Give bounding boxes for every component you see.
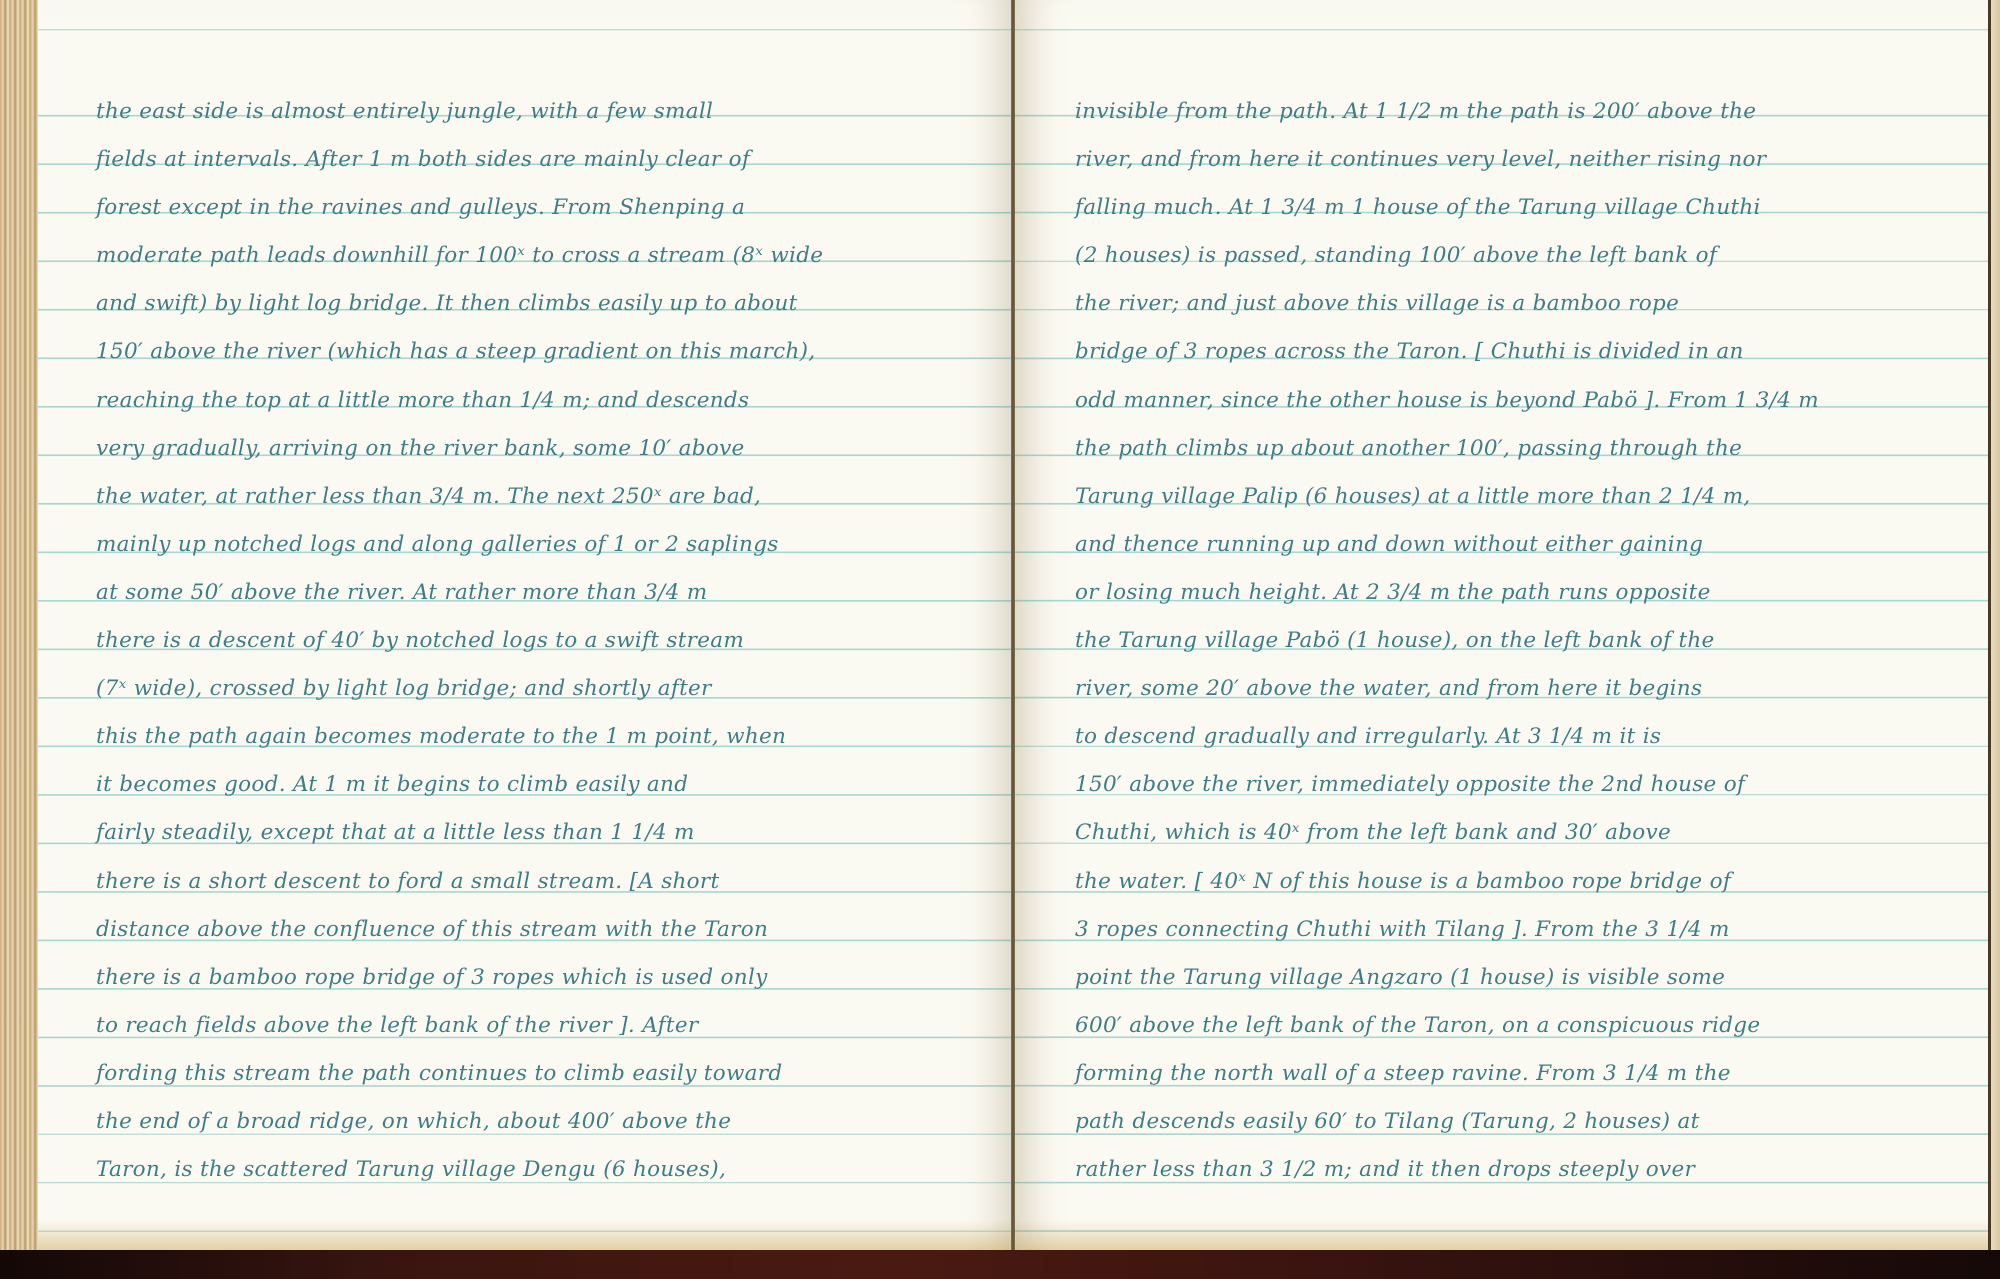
text-line: and thence running up and down without e… <box>1015 521 1988 569</box>
text-line: river, and from here it continues very l… <box>1015 136 1988 184</box>
text-line: rather less than 3 1/2 m; and it then dr… <box>1015 1146 1988 1194</box>
text-line: point the Tarung village Angzaro (1 hous… <box>1015 954 1988 1002</box>
text-line: the east side is almost entirely jungle,… <box>38 88 1013 136</box>
text-line: mainly up notched logs and along galleri… <box>38 521 1013 569</box>
text-line: there is a descent of 40′ by notched log… <box>38 617 1013 665</box>
text-line: this the path again becomes moderate to … <box>38 713 1013 761</box>
text-line: moderate path leads downhill for 100ˣ to… <box>38 232 1013 280</box>
notebook-spread: the east side is almost entirely jungle,… <box>0 0 2000 1250</box>
text-line: 600′ above the left bank of the Taron, o… <box>1015 1002 1988 1050</box>
page-edges-left <box>0 0 38 1250</box>
text-line: bridge of 3 ropes across the Taron. [ Ch… <box>1015 328 1988 376</box>
text-line: fording this stream the path continues t… <box>38 1050 1013 1098</box>
text-line: there is a short descent to ford a small… <box>38 858 1013 906</box>
text-line: path descends easily 60′ to Tilang (Taru… <box>1015 1098 1988 1146</box>
text-line: fairly steadily, except that at a little… <box>38 809 1013 857</box>
text-line: forest except in the ravines and gulleys… <box>38 184 1013 232</box>
book-cover-bottom <box>0 1250 2000 1279</box>
text-line: falling much. At 1 3/4 m 1 house of the … <box>1015 184 1988 232</box>
text-line: the Tarung village Pabö (1 house), on th… <box>1015 617 1988 665</box>
page-stain <box>1015 1220 1988 1250</box>
text-line: Chuthi, which is 40ˣ from the left bank … <box>1015 809 1988 857</box>
text-line: river, some 20′ above the water, and fro… <box>1015 665 1988 713</box>
text-line: invisible from the path. At 1 1/2 m the … <box>1015 88 1988 136</box>
left-page: the east side is almost entirely jungle,… <box>38 0 1013 1250</box>
text-line: and swift) by light log bridge. It then … <box>38 280 1013 328</box>
text-line: odd manner, since the other house is bey… <box>1015 377 1988 425</box>
text-line: 150′ above the river, immediately opposi… <box>1015 761 1988 809</box>
text-line: the water, at rather less than 3/4 m. Th… <box>38 473 1013 521</box>
text-line: the river; and just above this village i… <box>1015 280 1988 328</box>
text-line: the path climbs up about another 100′, p… <box>1015 425 1988 473</box>
text-line: (7ˣ wide), crossed by light log bridge; … <box>38 665 1013 713</box>
text-line: very gradually, arriving on the river ba… <box>38 425 1013 473</box>
text-line: 150′ above the river (which has a steep … <box>38 328 1013 376</box>
right-page: invisible from the path. At 1 1/2 m the … <box>1015 0 1988 1250</box>
text-line: fields at intervals. After 1 m both side… <box>38 136 1013 184</box>
text-line: there is a bamboo rope bridge of 3 ropes… <box>38 954 1013 1002</box>
page-stain <box>38 1220 1013 1250</box>
page-edge-right <box>1988 0 2000 1250</box>
text-line: at some 50′ above the river. At rather m… <box>38 569 1013 617</box>
text-line: to reach fields above the left bank of t… <box>38 1002 1013 1050</box>
text-line: or losing much height. At 2 3/4 m the pa… <box>1015 569 1988 617</box>
left-page-text: the east side is almost entirely jungle,… <box>38 88 1013 1194</box>
text-line: distance above the confluence of this st… <box>38 906 1013 954</box>
right-page-text: invisible from the path. At 1 1/2 m the … <box>1015 88 1988 1194</box>
text-line: 3 ropes connecting Chuthi with Tilang ].… <box>1015 906 1988 954</box>
text-line: reaching the top at a little more than 1… <box>38 377 1013 425</box>
text-line: (2 houses) is passed, standing 100′ abov… <box>1015 232 1988 280</box>
text-line: it becomes good. At 1 m it begins to cli… <box>38 761 1013 809</box>
text-line: Tarung village Palip (6 houses) at a lit… <box>1015 473 1988 521</box>
text-line: Taron, is the scattered Tarung village D… <box>38 1146 1013 1194</box>
text-line: forming the north wall of a steep ravine… <box>1015 1050 1988 1098</box>
text-line: the end of a broad ridge, on which, abou… <box>38 1098 1013 1146</box>
text-line: to descend gradually and irregularly. At… <box>1015 713 1988 761</box>
text-line: the water. [ 40ˣ N of this house is a ba… <box>1015 858 1988 906</box>
